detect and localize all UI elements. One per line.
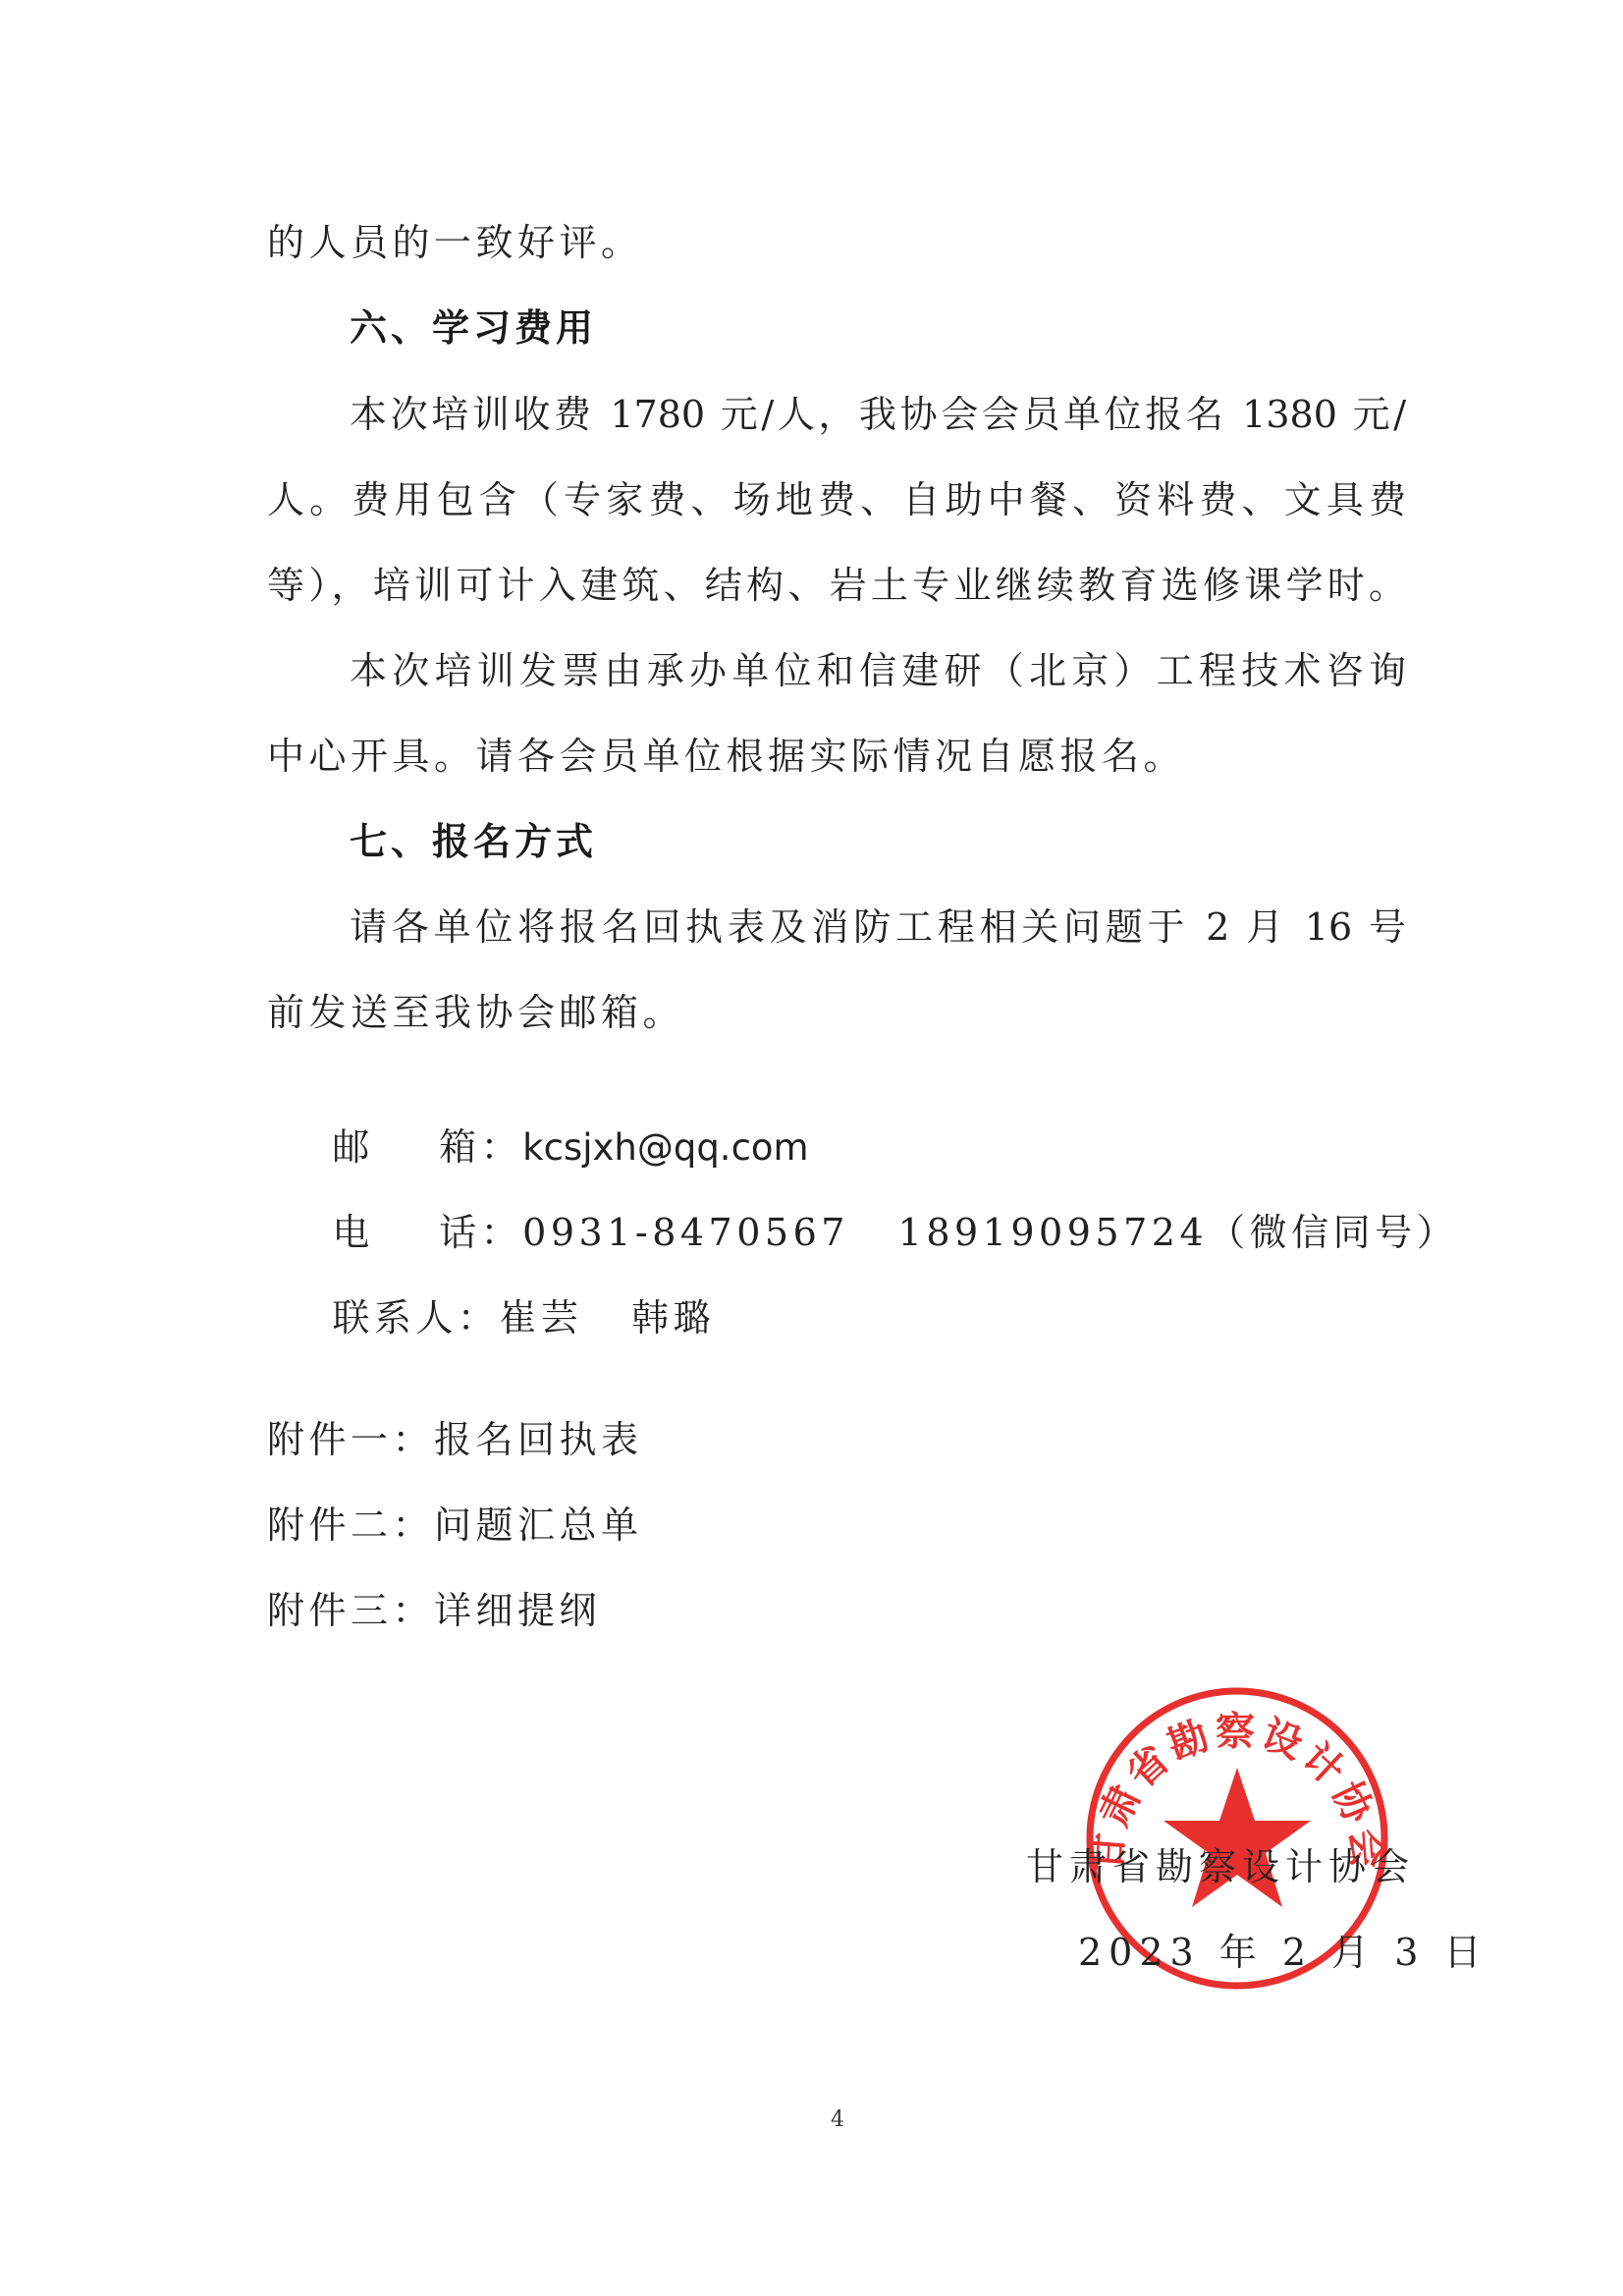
paragraph-line: 中心开具。请各会员单位根据实际情况自愿报名。 [267, 732, 1185, 781]
paragraph-line: 本次培训发票由承办单位和信建研（北京）工程技术咨询 [350, 646, 1406, 695]
attachment-label: 附件二： [267, 1503, 434, 1547]
contact-person-row: 联系人：崔芸 韩璐 [267, 1244, 715, 1392]
attachment-title: 详细提纲 [434, 1589, 601, 1632]
person-label: 联系人： [332, 1293, 499, 1342]
paragraph-line: 等），培训可计入建筑、结构、岩土专业继续教育选修课学时。 [267, 561, 1406, 610]
attachment-item: 附件一：报名回执表 [267, 1415, 643, 1464]
paragraph-line: 请各单位将报名回执表及消防工程相关问题于 2 月 16 号 [350, 902, 1406, 952]
attachment-label: 附件三： [267, 1589, 434, 1632]
section-heading-registration: 七、报名方式 [350, 817, 597, 866]
paragraph-line: 人。费用包含（专家费、场地费、自助中餐、资料费、文具费 [267, 475, 1406, 524]
person-value: 崔芸 韩璐 [499, 1296, 715, 1339]
paragraph-line: 前发送至我协会邮箱。 [267, 988, 684, 1037]
paragraph-line: 本次培训收费 1780 元/人，我协会会员单位报名 1380 元/ [350, 390, 1406, 439]
attachment-label: 附件一： [267, 1418, 434, 1461]
attachment-title: 问题汇总单 [434, 1503, 643, 1547]
attachment-item: 附件三：详细提纲 [267, 1586, 601, 1635]
document-page: 的人员的一致好评。 六、学习费用 本次培训收费 1780 元/人，我协会会员单位… [0, 0, 1623, 2296]
page-number: 4 [831, 2107, 844, 2132]
signature-organization: 甘肃省勘察设计协会 [1026, 1836, 1415, 1890]
continuation-text: 的人员的一致好评。 [267, 218, 643, 267]
signature-date: 2023 年 2 月 3 日 [1078, 1922, 1488, 1976]
attachment-item: 附件二：问题汇总单 [267, 1501, 643, 1550]
attachment-title: 报名回执表 [434, 1418, 643, 1461]
section-heading-fees: 六、学习费用 [350, 303, 597, 353]
